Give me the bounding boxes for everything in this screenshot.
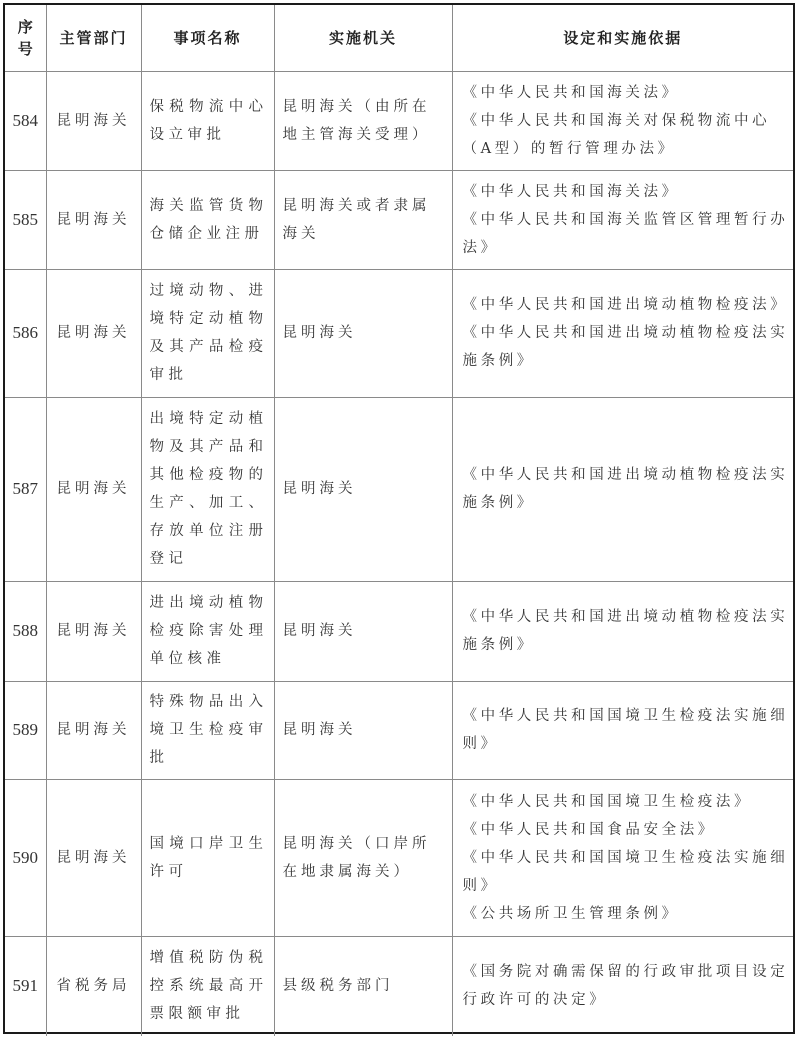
table-row: 591 省税务局 增值税防伪税控系统最高开票限额审批 县级税务部门 《国务院对确… — [5, 936, 793, 1036]
approval-items-table: 序 号 主管部门 事项名称 实施机关 设定和实施依据 584 昆明海关 保税物流… — [3, 3, 795, 1034]
department: 昆明海关 — [46, 397, 141, 581]
legal-basis-line: 《国务院对确需保留的行政审批项目设定行政许可的决定》 — [463, 958, 790, 1014]
table-row: 587 昆明海关 出境特定动植物及其产品和其他检疫物的生产、加工、存放单位注册登… — [5, 397, 793, 581]
legal-basis-line: 《公共场所卫生管理条例》 — [463, 900, 790, 928]
item-name: 海关监管货物仓储企业注册 — [141, 170, 274, 269]
item-name: 特殊物品出入境卫生检疫审批 — [141, 681, 274, 779]
department: 昆明海关 — [46, 681, 141, 779]
department: 昆明海关 — [46, 269, 141, 397]
legal-basis-line: 《中华人民共和国海关法》 — [463, 178, 790, 206]
department: 昆明海关 — [46, 581, 141, 681]
implementing-agency: 昆明海关 — [274, 397, 452, 581]
legal-basis: 《中华人民共和国国境卫生检疫法》 《中华人民共和国食品安全法》 《中华人民共和国… — [452, 779, 793, 936]
legal-basis: 《国务院对确需保留的行政审批项目设定行政许可的决定》 — [452, 936, 793, 1036]
department: 昆明海关 — [46, 779, 141, 936]
legal-basis: 《中华人民共和国进出境动植物检疫法实施条例》 — [452, 581, 793, 681]
legal-basis: 《中华人民共和国进出境动植物检疫法》 《中华人民共和国进出境动植物检疫法实施条例… — [452, 269, 793, 397]
department: 省税务局 — [46, 936, 141, 1036]
header-row: 序 号 主管部门 事项名称 实施机关 设定和实施依据 — [5, 5, 793, 71]
table-row: 588 昆明海关 进出境动植物检疫除害处理单位核准 昆明海关 《中华人民共和国进… — [5, 581, 793, 681]
table-row: 590 昆明海关 国境口岸卫生许可 昆明海关（口岸所在地隶属海关） 《中华人民共… — [5, 779, 793, 936]
serial-number: 587 — [5, 397, 46, 581]
implementing-agency: 昆明海关（由所在地主管海关受理） — [274, 71, 452, 170]
header-serial-number: 序 号 — [5, 5, 46, 71]
serial-number: 584 — [5, 71, 46, 170]
serial-number: 585 — [5, 170, 46, 269]
header-department: 主管部门 — [46, 5, 141, 71]
legal-basis-line: 《中华人民共和国进出境动植物检疫法实施条例》 — [463, 319, 790, 375]
legal-basis: 《中华人民共和国进出境动植物检疫法实施条例》 — [452, 397, 793, 581]
table-row: 584 昆明海关 保税物流中心设立审批 昆明海关（由所在地主管海关受理） 《中华… — [5, 71, 793, 170]
header-legal-basis: 设定和实施依据 — [452, 5, 793, 71]
implementing-agency: 昆明海关 — [274, 681, 452, 779]
legal-basis-line: 《中华人民共和国海关对保税物流中心（A型）的暂行管理办法》 — [463, 107, 790, 163]
table-row: 586 昆明海关 过境动物、进境特定动植物及其产品检疫审批 昆明海关 《中华人民… — [5, 269, 793, 397]
legal-basis-line: 《中华人民共和国国境卫生检疫法实施细则》 — [463, 844, 790, 900]
item-name: 增值税防伪税控系统最高开票限额审批 — [141, 936, 274, 1036]
item-name: 国境口岸卫生许可 — [141, 779, 274, 936]
serial-number: 590 — [5, 779, 46, 936]
implementing-agency: 昆明海关 — [274, 581, 452, 681]
header-serial-line1: 序 — [5, 16, 46, 38]
department: 昆明海关 — [46, 170, 141, 269]
implementing-agency: 昆明海关 — [274, 269, 452, 397]
legal-basis-line: 《中华人民共和国海关监管区管理暂行办法》 — [463, 206, 790, 262]
serial-number: 589 — [5, 681, 46, 779]
table-row: 589 昆明海关 特殊物品出入境卫生检疫审批 昆明海关 《中华人民共和国国境卫生… — [5, 681, 793, 779]
serial-number: 588 — [5, 581, 46, 681]
table: 序 号 主管部门 事项名称 实施机关 设定和实施依据 584 昆明海关 保税物流… — [5, 5, 793, 1036]
department: 昆明海关 — [46, 71, 141, 170]
header-serial-line2: 号 — [5, 38, 46, 60]
item-name: 出境特定动植物及其产品和其他检疫物的生产、加工、存放单位注册登记 — [141, 397, 274, 581]
header-implementing-agency: 实施机关 — [274, 5, 452, 71]
legal-basis: 《中华人民共和国海关法》 《中华人民共和国海关监管区管理暂行办法》 — [452, 170, 793, 269]
legal-basis: 《中华人民共和国海关法》 《中华人民共和国海关对保税物流中心（A型）的暂行管理办… — [452, 71, 793, 170]
legal-basis-line: 《中华人民共和国国境卫生检疫法》 — [463, 788, 790, 816]
legal-basis-line: 《中华人民共和国进出境动植物检疫法》 — [463, 291, 790, 319]
serial-number: 591 — [5, 936, 46, 1036]
item-name: 进出境动植物检疫除害处理单位核准 — [141, 581, 274, 681]
implementing-agency: 昆明海关（口岸所在地隶属海关） — [274, 779, 452, 936]
header-item-name: 事项名称 — [141, 5, 274, 71]
item-name: 过境动物、进境特定动植物及其产品检疫审批 — [141, 269, 274, 397]
table-row: 585 昆明海关 海关监管货物仓储企业注册 昆明海关或者隶属海关 《中华人民共和… — [5, 170, 793, 269]
item-name: 保税物流中心设立审批 — [141, 71, 274, 170]
legal-basis-line: 《中华人民共和国进出境动植物检疫法实施条例》 — [463, 603, 790, 659]
legal-basis-line: 《中华人民共和国海关法》 — [463, 79, 790, 107]
legal-basis-line: 《中华人民共和国国境卫生检疫法实施细则》 — [463, 702, 790, 758]
legal-basis-line: 《中华人民共和国食品安全法》 — [463, 816, 790, 844]
legal-basis: 《中华人民共和国国境卫生检疫法实施细则》 — [452, 681, 793, 779]
implementing-agency: 县级税务部门 — [274, 936, 452, 1036]
implementing-agency: 昆明海关或者隶属海关 — [274, 170, 452, 269]
legal-basis-line: 《中华人民共和国进出境动植物检疫法实施条例》 — [463, 461, 790, 517]
serial-number: 586 — [5, 269, 46, 397]
